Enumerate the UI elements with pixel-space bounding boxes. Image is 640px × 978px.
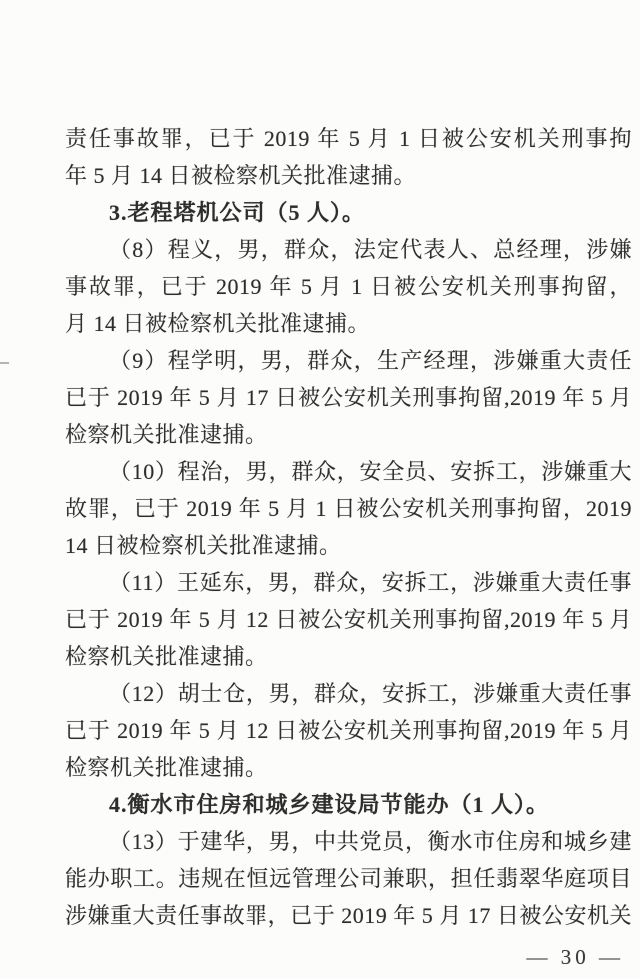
section-heading-line: 3.老程塔机公司（5 人）。	[65, 194, 632, 231]
text-line: 能办职工。违规在恒远管理公司兼职，担任翡翠华庭项目总监，	[65, 860, 632, 897]
scan-artifact-mark	[0, 362, 9, 364]
text-line: （12）胡士仓，男，群众，安拆工，涉嫌重大责任事故罪，	[65, 675, 632, 712]
text-line: 已于 2019 年 5 月 12 日被公安机关刑事拘留,2019 年 5 月 2…	[65, 601, 632, 638]
text-line: 年 5 月 14 日被检察机关批准逮捕。	[65, 157, 632, 194]
text-line: 涉嫌重大责任事故罪，已于 2019 年 5 月 17 日被公安机关刑事拘	[65, 897, 632, 934]
text-line: 事故罪，已于 2019 年 5 月 1 日被公安机关刑事拘留，2019 年 5	[65, 268, 632, 305]
text-line: （13）于建华，男，中共党员，衡水市住房和城乡建设局节	[65, 823, 632, 860]
text-line: 责任事故罪，已于 2019 年 5 月 1 日被公安机关刑事拘留，2019	[65, 120, 632, 157]
text-line: 故罪，已于 2019 年 5 月 1 日被公安机关刑事拘留，2019 年 5 月	[65, 490, 632, 527]
text-line: 14 日被检察机关批准逮捕。	[65, 527, 632, 564]
page-number: — 30 —	[527, 943, 625, 971]
text-line: 检察机关批准逮捕。	[65, 638, 632, 675]
document-body: 责任事故罪，已于 2019 年 5 月 1 日被公安机关刑事拘留，2019年 5…	[65, 120, 632, 934]
section-heading-line: 4.衡水市住房和城乡建设局节能办（1 人）。	[65, 786, 632, 823]
scanned-document-page: 责任事故罪，已于 2019 年 5 月 1 日被公安机关刑事拘留，2019年 5…	[0, 0, 640, 978]
text-line: （9）程学明，男，群众，生产经理，涉嫌重大责任事故罪，	[65, 342, 632, 379]
text-line: 月 14 日被检察机关批准逮捕。	[65, 305, 632, 342]
text-line: 检察机关批准逮捕。	[65, 416, 632, 453]
text-line: 检察机关批准逮捕。	[65, 749, 632, 786]
text-line: 已于 2019 年 5 月 17 日被公安机关刑事拘留,2019 年 5 月 3…	[65, 379, 632, 416]
text-line: （10）程治，男，群众，安全员、安拆工，涉嫌重大责任事	[65, 453, 632, 490]
text-line: （11）王延东，男，群众，安拆工，涉嫌重大责任事故罪，	[65, 564, 632, 601]
text-line: （8）程义，男，群众，法定代表人、总经理，涉嫌重大责任	[65, 231, 632, 268]
text-line: 已于 2019 年 5 月 12 日被公安机关刑事拘留,2019 年 5 月 2…	[65, 712, 632, 749]
